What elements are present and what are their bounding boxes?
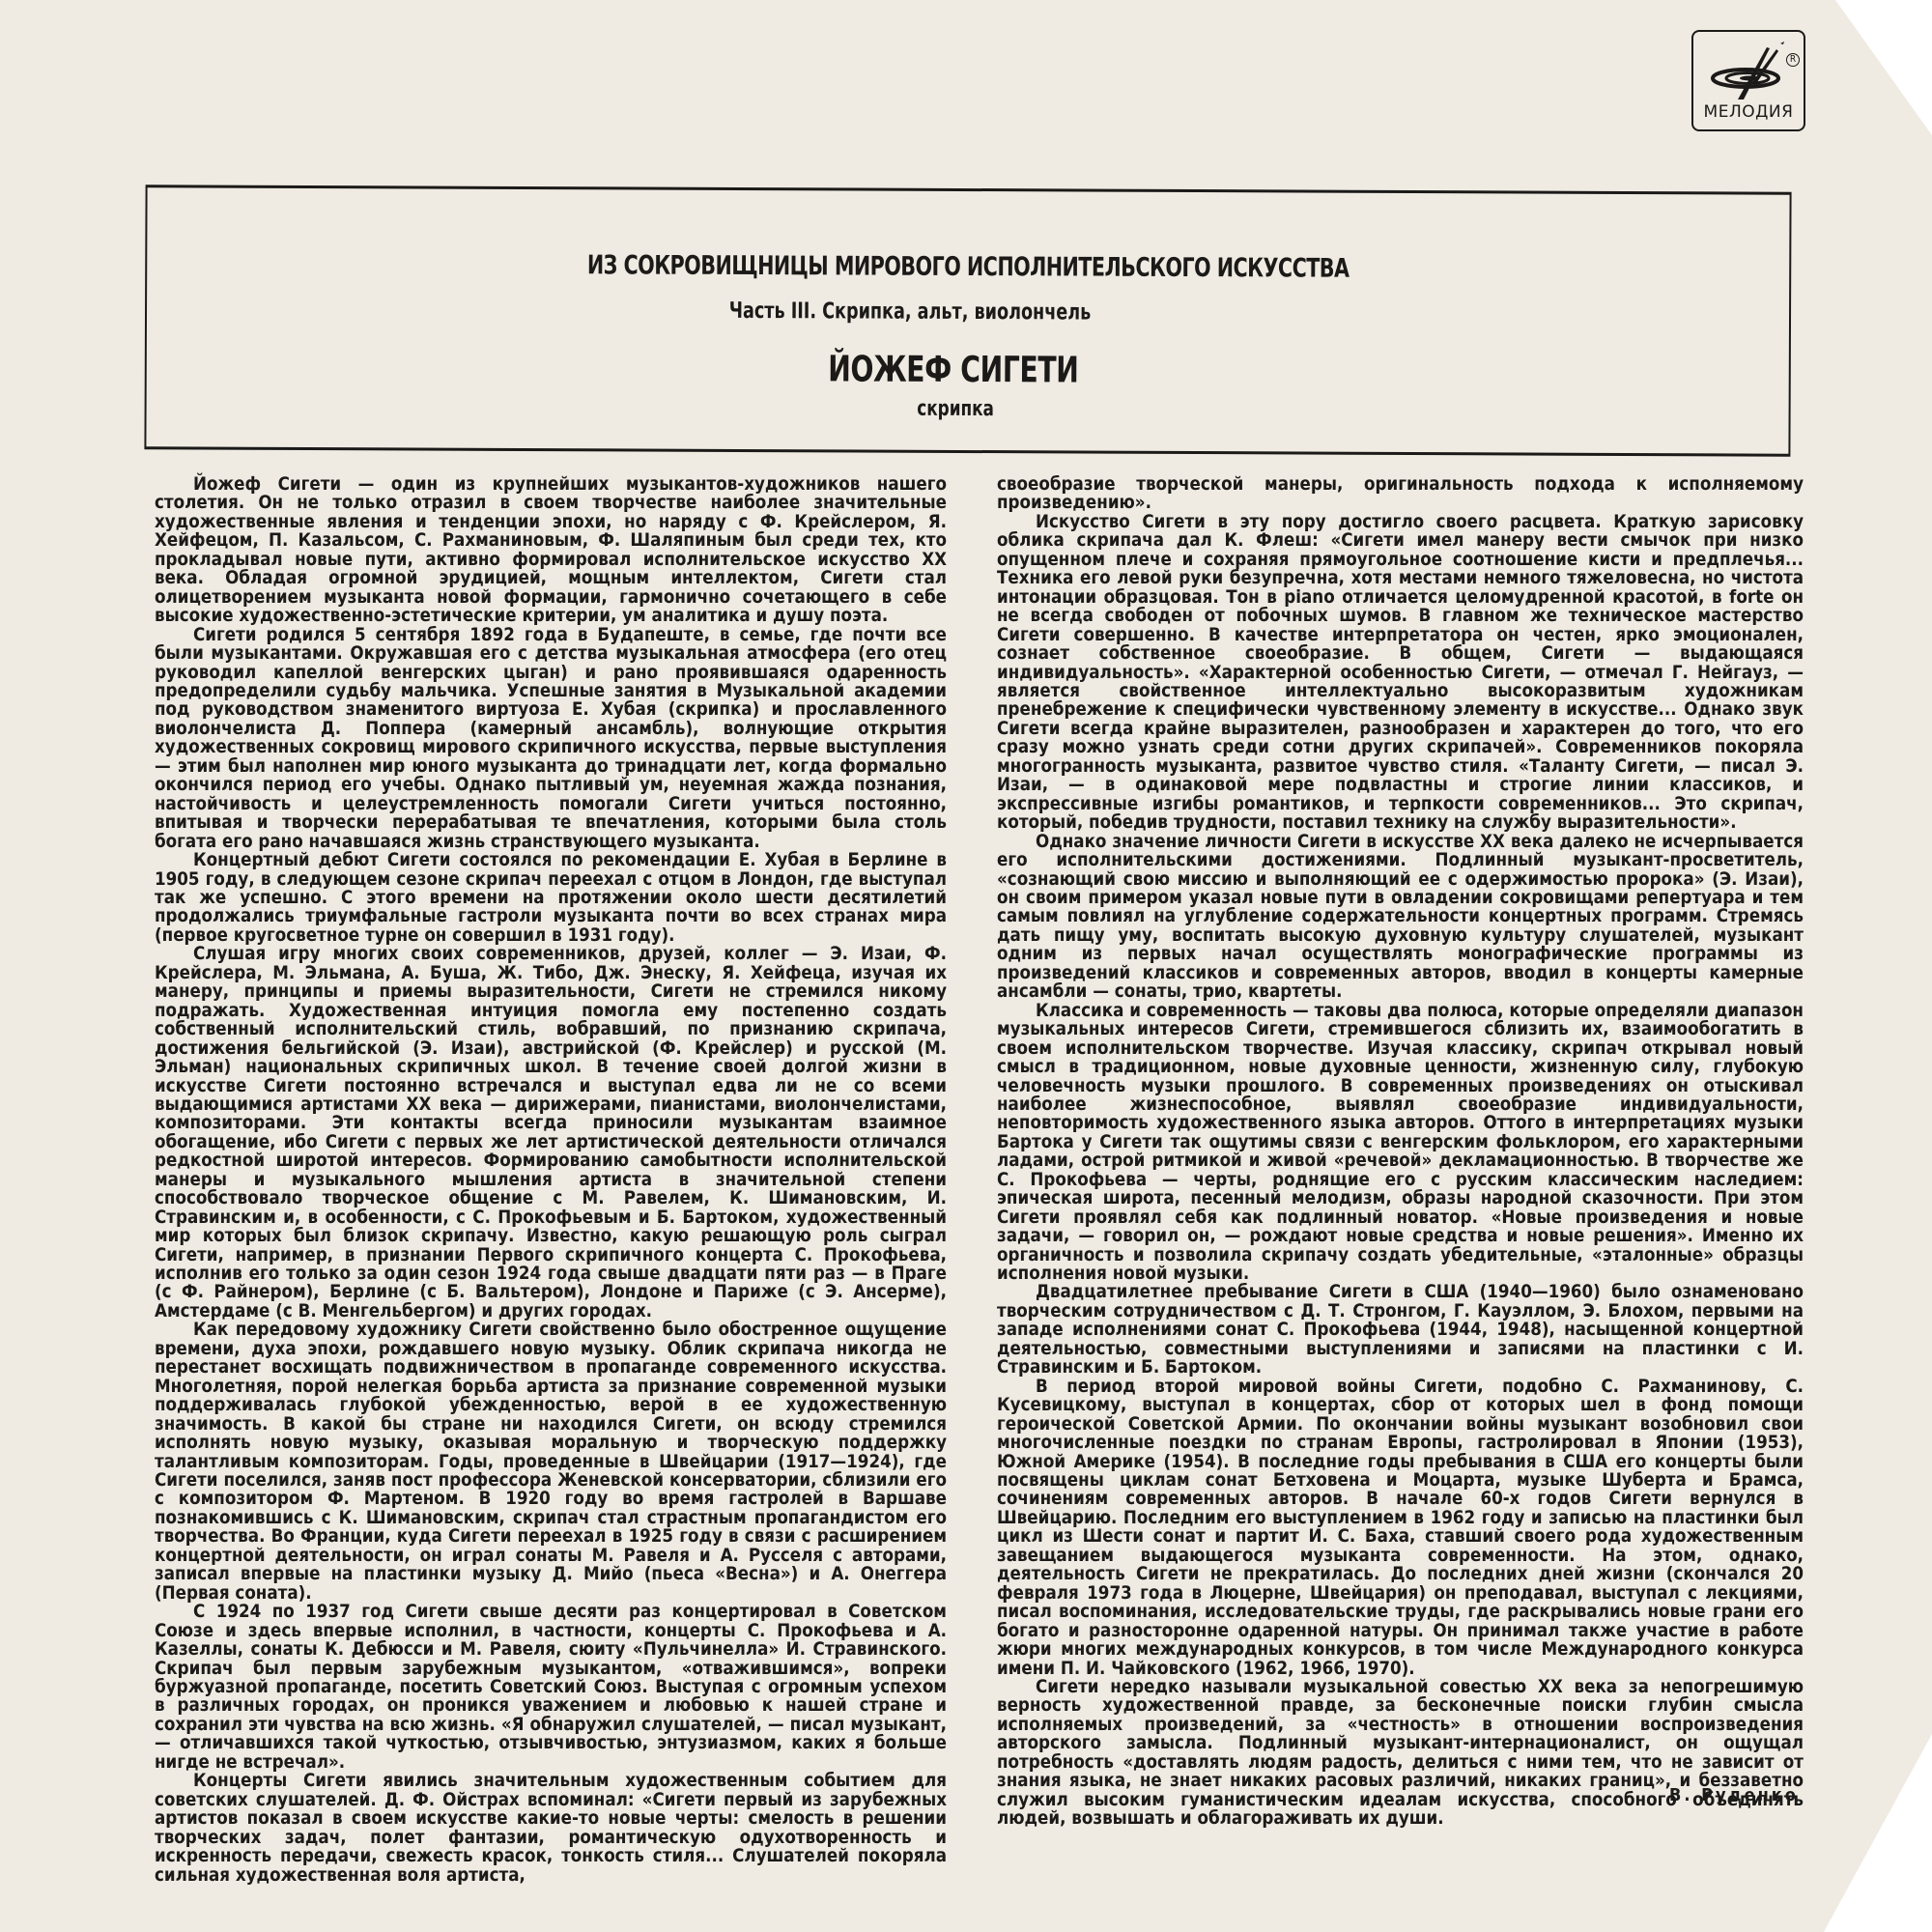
paragraph: С 1924 по 1937 год Сигети свыше десяти р… xyxy=(155,1603,947,1772)
instrument-label: скрипка xyxy=(247,394,1663,424)
paragraph: Классика и современность — таковы два по… xyxy=(997,1002,1804,1284)
registered-mark-icon: R xyxy=(1786,53,1800,67)
title-box: ИЗ СОКРОВИЩНИЦЫ МИРОВОГО ИСПОЛНИТЕЛЬСКОГ… xyxy=(144,185,1791,456)
paragraph: Сигети нередко называли музыкальной сове… xyxy=(997,1678,1804,1829)
paragraph: Сигети родился 5 сентября 1892 года в Бу… xyxy=(155,626,947,851)
paragraph: Йожеф Сигети — один из крупнейших музыка… xyxy=(155,475,947,626)
paragraph: Слушая игру многих своих современников, … xyxy=(155,945,947,1321)
series-title: ИЗ СОКРОВИЩНИЦЫ МИРОВОГО ИСПОЛНИТЕЛЬСКОГ… xyxy=(270,249,1666,285)
paragraph: В период второй мировой войны Сигети, по… xyxy=(997,1378,1804,1678)
artist-name: ЙОЖЕФ СИГЕТИ xyxy=(242,346,1663,393)
paragraph: Концертный дебют Сигети состоялся по рек… xyxy=(155,851,947,945)
article-right-column: своеобразие творческой манеры, оригиналь… xyxy=(997,475,1804,1829)
article-left-column: Йожеф Сигети — один из крупнейших музыка… xyxy=(155,475,947,1885)
part-title: Часть III. Скрипка, альт, виолончель xyxy=(162,296,1657,327)
author-signature: В. Руденко xyxy=(1669,1785,1799,1805)
melodiya-record-icon xyxy=(1699,40,1800,99)
paragraph: Концерты Сигети явились значительным худ… xyxy=(155,1772,947,1885)
paragraph-continuation: своеобразие творческой манеры, оригиналь… xyxy=(997,475,1804,513)
logo-text: МЕЛОДИЯ xyxy=(1693,102,1804,122)
melodiya-logo: R МЕЛОДИЯ xyxy=(1691,30,1805,131)
paragraph: Искусство Сигети в эту пору достигло сво… xyxy=(997,513,1804,833)
paragraph: Двадцатилетнее пребывание Сигети в США (… xyxy=(997,1283,1804,1377)
paragraph: Однако значение личности Сигети в искусс… xyxy=(997,833,1804,1002)
record-sleeve-back: R МЕЛОДИЯ ИЗ СОКРОВИЩНИЦЫ МИРОВОГО ИСПОЛ… xyxy=(0,0,1932,1932)
paragraph: Как передовому художнику Сигети свойстве… xyxy=(155,1321,947,1603)
